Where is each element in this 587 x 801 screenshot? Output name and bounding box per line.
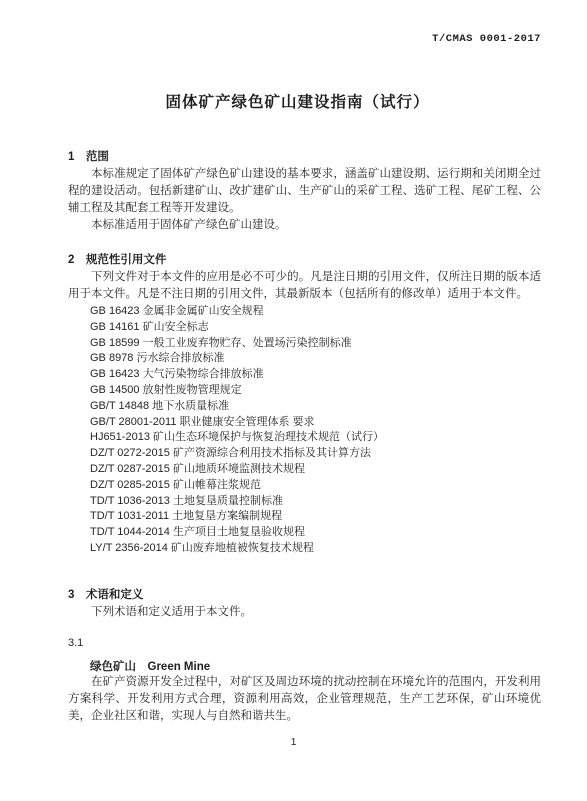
reference-item: TD/T 1031-2011 土地复垦方案编制规程 — [90, 509, 541, 525]
section-terms-definitions: 3 术语和定义 下列术语和定义适用于本文件。 3.1 绿色矿山 Green Mi… — [68, 587, 541, 725]
standard-code: T/CMAS 0001-2017 — [432, 33, 541, 45]
term-number: 3.1 — [68, 637, 541, 649]
reference-item: GB 16423 大气污染物综合排放标准 — [90, 367, 541, 383]
page-header: T/CMAS 0001-2017 — [68, 28, 541, 42]
reference-item: GB/T 14848 地下水质量标准 — [90, 399, 541, 415]
reference-list: GB 16423 金属非金属矿山安全规程 GB 14161 矿山安全标志 GB … — [68, 304, 541, 557]
reference-item: GB 14161 矿山安全标志 — [90, 320, 541, 336]
reference-item: GB 18599 一般工业废弃物贮存、处置场污染控制标准 — [90, 336, 541, 352]
term-name: 绿色矿山 Green Mine — [68, 658, 541, 674]
reference-item: DZ/T 0285-2015 矿山帷幕注浆规范 — [90, 478, 541, 494]
paragraph: 本标准适用于固体矿产绿色矿山建设。 — [68, 217, 541, 234]
reference-item: GB/T 28001-2011 职业健康安全管理体系 要求 — [90, 415, 541, 431]
section-scope: 1 范围 本标准规定了固体矿产绿色矿山建设的基本要求，涵盖矿山建设期、运行期和关… — [68, 149, 541, 234]
paragraph: 下列术语和定义适用于本文件。 — [68, 604, 541, 621]
section-normative-references: 2 规范性引用文件 下列文件对于本文件的应用是必不可少的。凡是注日期的引用文件，… — [68, 252, 541, 557]
document-page: T/CMAS 0001-2017 固体矿产绿色矿山建设指南（试行） 1 范围 本… — [0, 0, 587, 801]
section-heading-3: 3 术语和定义 — [68, 587, 541, 604]
reference-item: GB 8978 污水综合排放标准 — [90, 351, 541, 367]
section-heading-1: 1 范围 — [68, 149, 541, 166]
section-heading-2: 2 规范性引用文件 — [68, 252, 541, 269]
document-title: 固体矿产绿色矿山建设指南（试行） — [54, 90, 541, 112]
reference-item: HJ651-2013 矿山生态环境保护与恢复治理技术规范（试行） — [90, 430, 541, 446]
reference-item: DZ/T 0272-2015 矿产资源综合利用技术指标及其计算方法 — [90, 446, 541, 462]
reference-item: TD/T 1044-2014 生产项目土地复垦验收规程 — [90, 525, 541, 541]
page-number: 1 — [291, 736, 297, 748]
reference-item: GB 16423 金属非金属矿山安全规程 — [90, 304, 541, 320]
reference-item: TD/T 1036-2013 土地复垦质量控制标准 — [90, 494, 541, 510]
paragraph: 下列文件对于本文件的应用是必不可少的。凡是注日期的引用文件，仅所注日期的版本适用… — [68, 269, 541, 303]
reference-item: DZ/T 0287-2015 矿山地质环境监测技术规程 — [90, 462, 541, 478]
page-footer: 1 — [0, 736, 587, 748]
paragraph: 本标准规定了固体矿产绿色矿山建设的基本要求，涵盖矿山建设期、运行期和关闭期全过程… — [68, 166, 541, 217]
term-definition: 在矿产资源开发全过程中，对矿区及周边环境的扰动控制在环境允许的范围内，开发利用方… — [68, 674, 541, 725]
reference-item: LY/T 2356-2014 矿山废弃地植被恢复技术规程 — [90, 541, 541, 557]
reference-item: GB 14500 放射性废物管理规定 — [90, 383, 541, 399]
